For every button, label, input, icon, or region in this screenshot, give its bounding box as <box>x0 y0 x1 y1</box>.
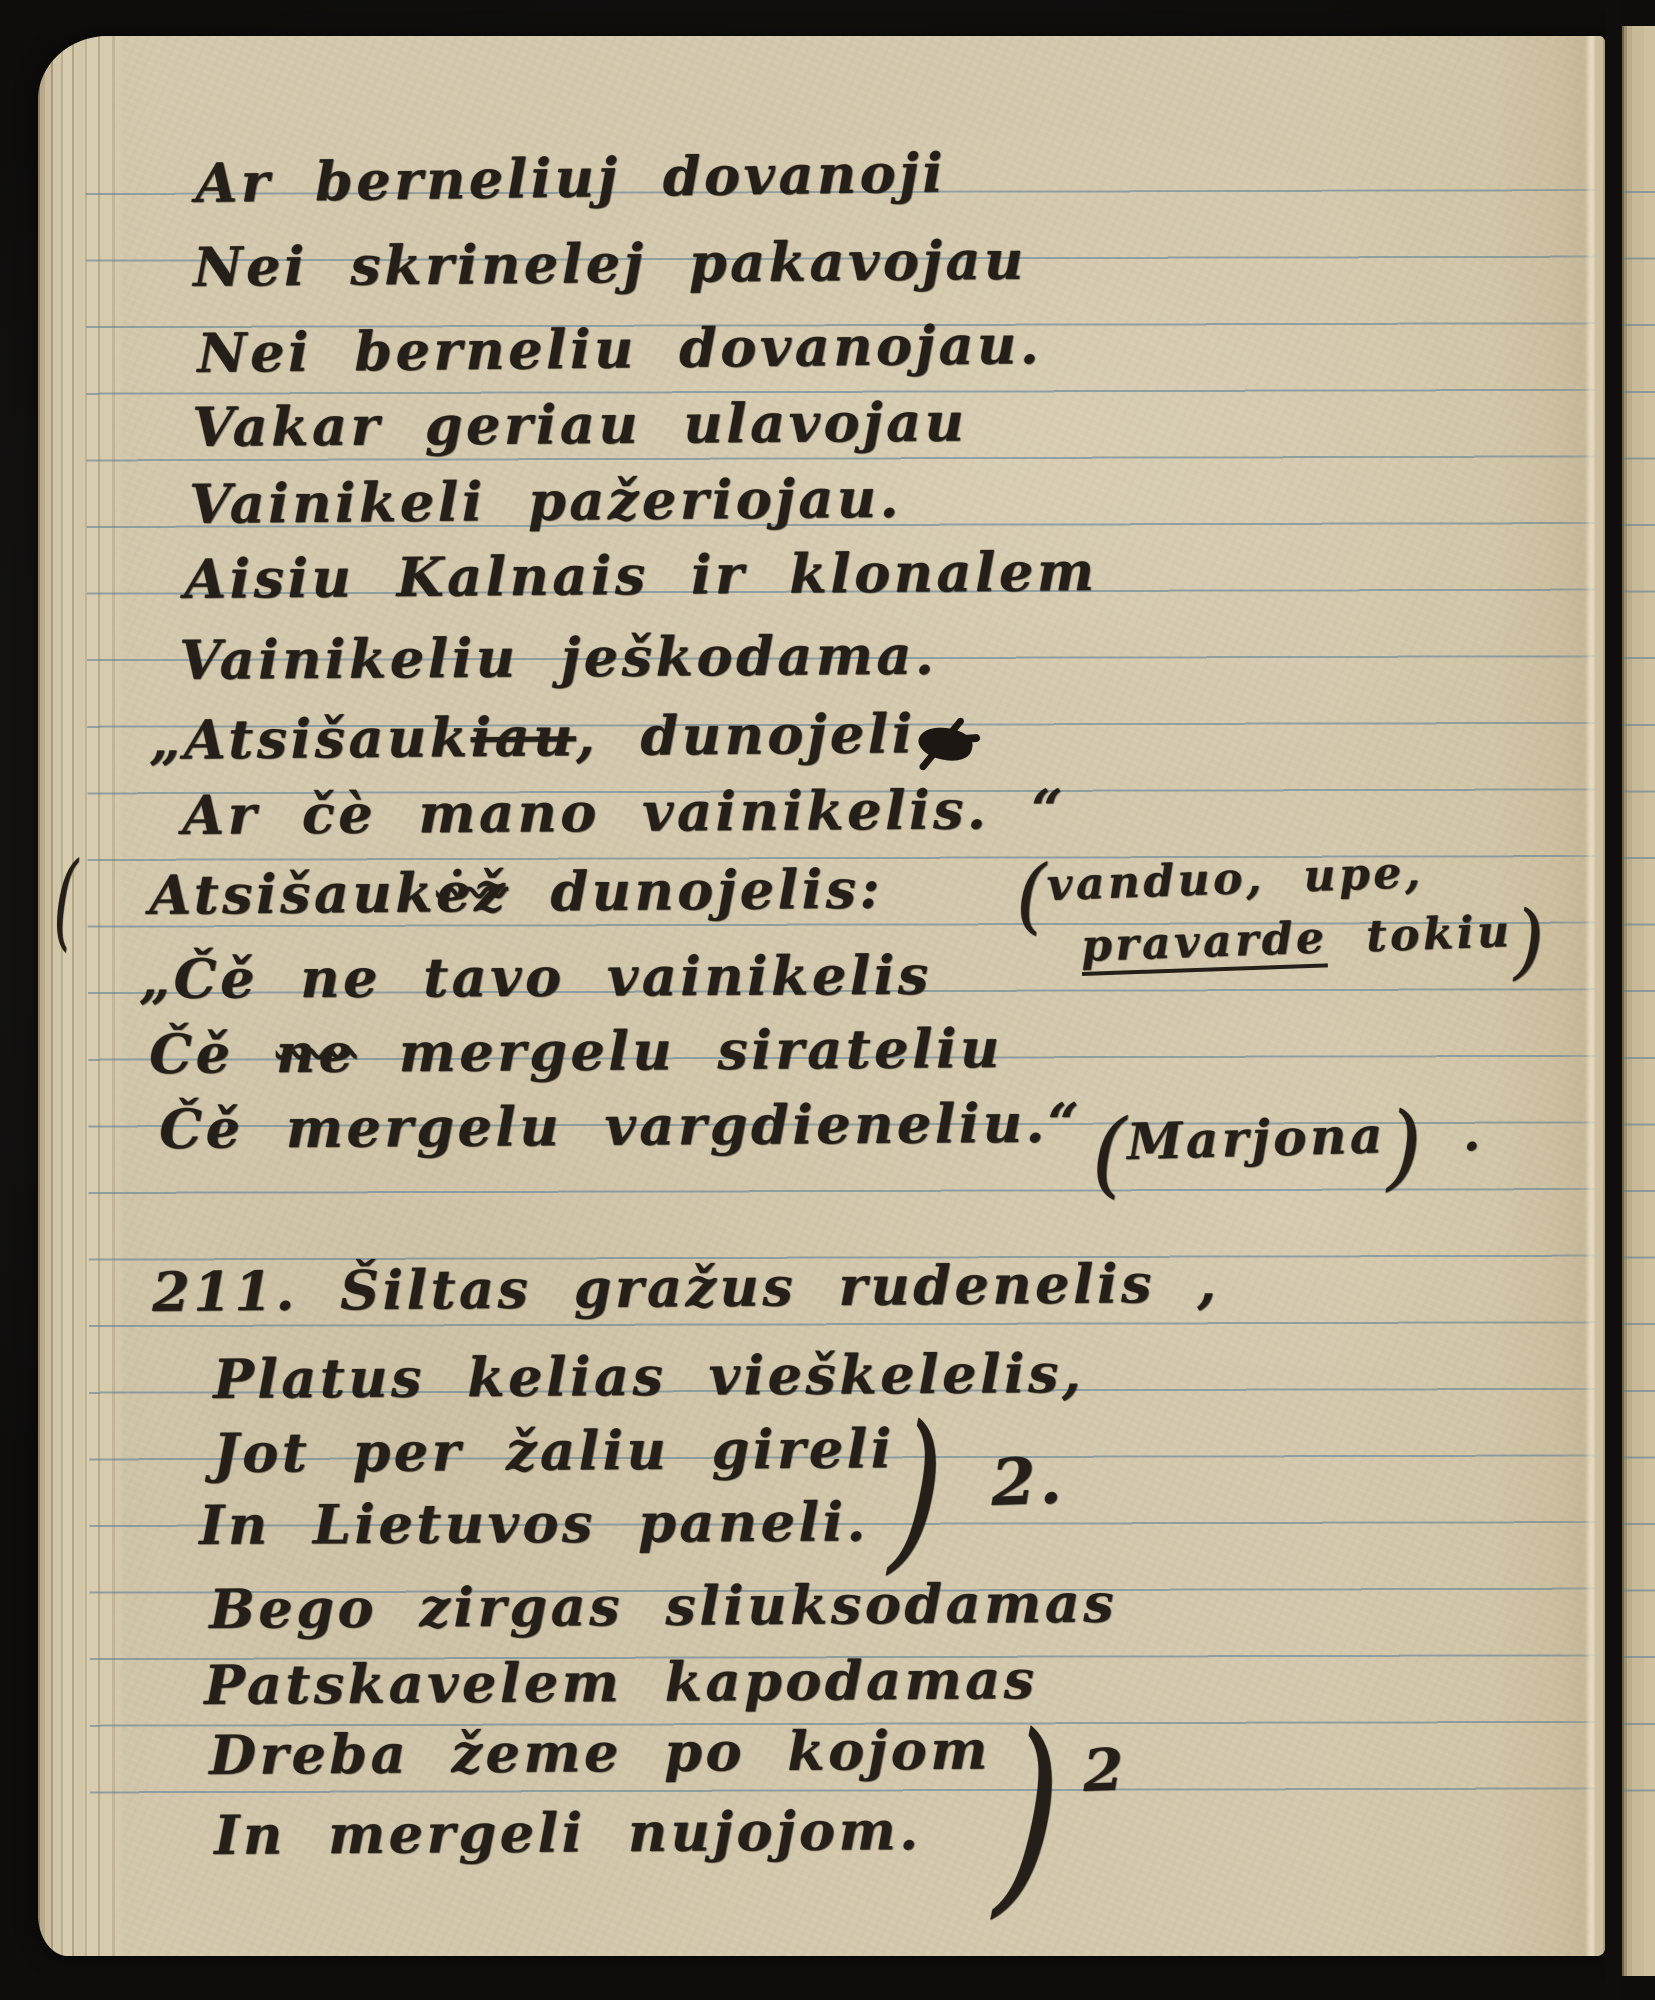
handwriting-segment: Bego zirgas sliuksodamas <box>209 1571 1117 1641</box>
handwriting-segment: Nei berneliu dovanojau. <box>197 312 1042 385</box>
handwriting-segment: Ar čè mano vainikelis. “ <box>182 777 1066 847</box>
handwriting-segment: In Lietuvos paneli. <box>199 1489 869 1557</box>
handwriting-segment: Vainikeli pažeriojau. <box>189 466 902 536</box>
repeat-bracket-1: ) <box>888 1402 950 1580</box>
handwriting-segment: Ar berneliuj dovanoji <box>195 141 947 215</box>
handwriting-segment: . <box>1421 1103 1484 1164</box>
repeat-count-1: 2. <box>990 1449 1066 1516</box>
scanned-manuscript: { "document": { "kind": "handwritten not… <box>0 0 1655 2000</box>
repeat-count-2: 2 <box>1082 1740 1128 1799</box>
margin-note-marjona: (Marjona) . <box>1090 1098 1485 1201</box>
repeat-bracket-2: ) <box>993 1705 1069 1924</box>
handwriting-segment: ( <box>1014 848 1049 944</box>
stanza1-line-13: Čě mergelu vargdieneliu.“ <box>159 1096 1083 1156</box>
handwriting-segment: dunojelis: <box>508 857 883 924</box>
stanza1-line-6: Aisiu Kalnais ir klonalem <box>184 544 1098 606</box>
margin-paren-mark: ( <box>52 848 80 954</box>
stanza1-line-1: Ar berneliuj dovanoji <box>195 146 947 210</box>
handwriting-segment: Jot per žaliu gireli <box>213 1416 895 1485</box>
handwriting-segment: Aisiu Kalnais ir klonalem <box>184 539 1098 611</box>
stanza1-line-2: Nei skrinelej pakavojau <box>193 233 1027 294</box>
handwriting-segment: Patskavelem kapodamas <box>204 1647 1038 1717</box>
handwriting-segment: ) <box>887 1388 951 1594</box>
stanza1-line-8: „Atsišaukiau, dunojeli <box>149 706 974 767</box>
stanza2-line-1: 211. Šiltas gražus rudenelis , <box>152 1256 1220 1319</box>
ink-blot <box>915 722 975 766</box>
handwriting-segment: „Čě ne tavo vainikelis <box>139 943 932 1011</box>
margin-note-water-line-2: pravarde tokiu) <box>1080 900 1546 998</box>
handwriting-segment: 2 <box>1082 1735 1128 1804</box>
handwriting-segment: Čě mergelu vargdieneliu.“ <box>159 1091 1083 1161</box>
stanza2-line-6: Patskavelem kapodamas <box>204 1652 1038 1712</box>
stanza1-line-4: Vakar geriau ulavojau <box>192 395 968 454</box>
handwriting-segment: ) <box>992 1687 1071 1942</box>
stanza2-line-3: Jot per žaliu gireli <box>213 1421 895 1480</box>
handwriting-segment: In mergeli nujojom. <box>214 1798 922 1867</box>
handwriting-segment: „Atsišauk <box>149 705 471 772</box>
stanza2-line-2: Platus kelias vieškelelis, <box>213 1346 1084 1406</box>
handwriting-segment: ) <box>1385 1091 1424 1200</box>
handwriting-segment: Platus kelias vieškelelis, <box>213 1341 1084 1411</box>
handwriting-segment: iau <box>470 704 576 769</box>
handwriting-segment: Dreba žeme po kojom <box>209 1718 991 1787</box>
handwriting-segment: vanduo, upe, <box>1046 847 1424 911</box>
handwriting-segment: 2. <box>990 1443 1066 1521</box>
handwriting-segment: ne <box>276 1021 357 1086</box>
handwriting-segment: Nei skrinelej pakavojau <box>193 228 1027 299</box>
stanza1-line-11: „Čě ne tavo vainikelis <box>139 948 932 1006</box>
stanza2-line-8: In mergeli nujojom. <box>214 1803 922 1862</box>
stanza1-line-12: Čě ne mergelu sirateliu <box>149 1021 1003 1081</box>
handwriting-segment: Vakar geriau ulavojau <box>192 390 968 459</box>
stanza1-line-3: Nei berneliu dovanojau. <box>197 317 1042 380</box>
stanza2-line-4: In Lietuvos paneli. <box>199 1494 869 1552</box>
handwriting-segment: Atsišauk <box>149 860 436 927</box>
handwriting-segment: ) <box>1511 893 1546 989</box>
stanza2-line-5: Bego zirgas sliuksodamas <box>209 1576 1117 1636</box>
stanza1-line-10: Atsišaukėž dunojelis: <box>149 862 883 922</box>
handwriting-segment: Vainikeliu ješkodama. <box>179 623 937 692</box>
handwriting-segment: , dunojeli <box>576 701 916 768</box>
stanza1-line-7: Vainikeliu ješkodama. <box>179 628 937 687</box>
handwriting-segment: pravarde <box>1080 913 1328 977</box>
handwriting-segment: 211. Šiltas gražus rudenelis , <box>152 1251 1220 1324</box>
handwriting-segment: Čě <box>149 1021 276 1086</box>
handwriting-segment: ( <box>52 839 81 962</box>
stanza2-line-7: Dreba žeme po kojom <box>209 1723 991 1782</box>
stanza1-line-5: Vainikeli pažeriojau. <box>189 471 902 531</box>
handwriting-segment: Marjona <box>1126 1105 1386 1171</box>
handwriting-segment: ėž <box>436 860 509 925</box>
handwriting-segment: ( <box>1090 1099 1129 1208</box>
handwriting-segment: tokiu <box>1327 906 1514 963</box>
stanza1-line-9: Ar čè mano vainikelis. “ <box>182 782 1066 842</box>
handwriting-layer: Ar berneliuj dovanojiNei skrinelej pakav… <box>0 0 1655 2000</box>
handwriting-segment: mergelu sirateliu <box>356 1016 1003 1085</box>
